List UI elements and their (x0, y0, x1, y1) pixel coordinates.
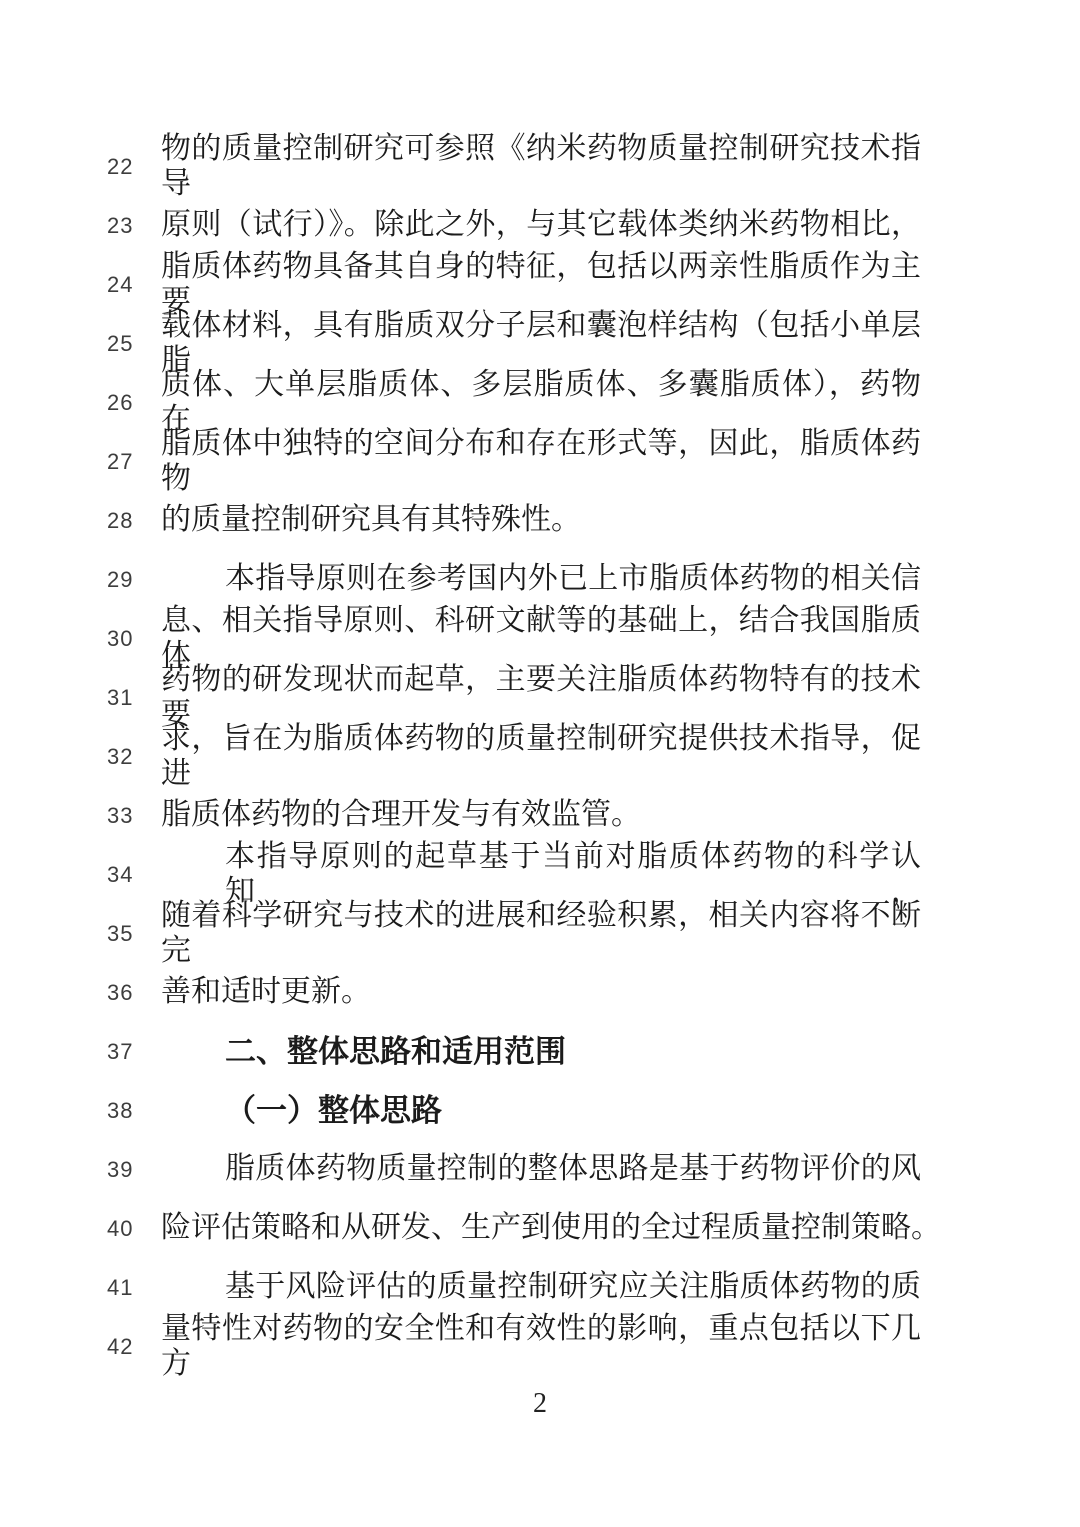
line-text: 基于风险评估的质量控制研究应关注脂质体药物的质 (161, 1270, 921, 1305)
line-number: 25 (0, 331, 161, 357)
document-line: 30 息、相关指导原则、科研文献等的基础上，结合我国脂质体 (0, 609, 1080, 668)
document-line: 29 本指导原则在参考国内外已上市脂质体药物的相关信 (0, 550, 1080, 609)
line-number: 37 (0, 1039, 161, 1065)
line-number: 36 (0, 980, 161, 1006)
line-number: 42 (0, 1334, 161, 1360)
line-text: 原则（试行）》。除此之外，与其它载体类纳米药物相比， (161, 208, 921, 243)
document-line: 37 二、整体思路和适用范围 (0, 1022, 1080, 1081)
line-text: 善和适时更新。 (161, 975, 921, 1010)
line-number: 30 (0, 626, 161, 652)
line-text: 险评估策略和从研发、生产到使用的全过程质量控制策略。 (161, 1211, 921, 1246)
line-text: 随着科学研究与技术的进展和经验积累，相关内容将不断完 (161, 899, 921, 968)
line-text: 脂质体中独特的空间分布和存在形式等，因此，脂质体药物 (161, 427, 921, 496)
document-body: 22 物的质量控制研究可参照《纳米药物质量控制研究技术指导 23 原则（试行）》… (0, 137, 1080, 1376)
document-line: 26 质体、大单层脂质体、多层脂质体、多囊脂质体），药物在 (0, 373, 1080, 432)
document-line: 27 脂质体中独特的空间分布和存在形式等，因此，脂质体药物 (0, 432, 1080, 491)
line-number: 23 (0, 213, 161, 239)
document-line: 25 载体材料，具有脂质双分子层和囊泡样结构（包括小单层脂 (0, 314, 1080, 373)
line-text: 本指导原则在参考国内外已上市脂质体药物的相关信 (161, 562, 921, 597)
document-line: 38 （一）整体思路 (0, 1081, 1080, 1140)
line-text: 的质量控制研究具有其特殊性。 (161, 503, 921, 538)
document-line: 28 的质量控制研究具有其特殊性。 (0, 491, 1080, 550)
section-heading: 二、整体思路和适用范围 (161, 1034, 921, 1070)
subsection-heading: （一）整体思路 (161, 1093, 921, 1129)
document-line: 42 量特性对药物的安全性和有效性的影响，重点包括以下几方 (0, 1317, 1080, 1376)
line-number: 34 (0, 862, 161, 888)
document-line: 39 脂质体药物质量控制的整体思路是基于药物评价的风 (0, 1140, 1080, 1199)
line-text: 量特性对药物的安全性和有效性的影响，重点包括以下几方 (161, 1312, 921, 1381)
document-line: 23 原则（试行）》。除此之外，与其它载体类纳米药物相比， (0, 196, 1080, 255)
document-line: 41 基于风险评估的质量控制研究应关注脂质体药物的质 (0, 1258, 1080, 1317)
line-number: 38 (0, 1098, 161, 1124)
page-number: 2 (0, 1388, 1080, 1420)
line-number: 26 (0, 390, 161, 416)
document-line: 34 本指导原则的起草基于当前对脂质体药物的科学认知， (0, 845, 1080, 904)
document-line: 35 随着科学研究与技术的进展和经验积累，相关内容将不断完 (0, 904, 1080, 963)
line-number: 32 (0, 744, 161, 770)
line-number: 33 (0, 803, 161, 829)
line-text: 脂质体药物的合理开发与有效监管。 (161, 798, 921, 833)
line-text: 物的质量控制研究可参照《纳米药物质量控制研究技术指导 (161, 132, 921, 201)
document-line: 22 物的质量控制研究可参照《纳米药物质量控制研究技术指导 (0, 137, 1080, 196)
document-line: 40 险评估策略和从研发、生产到使用的全过程质量控制策略。 (0, 1199, 1080, 1258)
line-number: 27 (0, 449, 161, 475)
line-number: 31 (0, 685, 161, 711)
line-number: 29 (0, 567, 161, 593)
line-number: 22 (0, 154, 161, 180)
line-number: 39 (0, 1157, 161, 1183)
line-text: 脂质体药物质量控制的整体思路是基于药物评价的风 (161, 1152, 921, 1187)
line-number: 35 (0, 921, 161, 947)
line-number: 40 (0, 1216, 161, 1242)
document-line: 33 脂质体药物的合理开发与有效监管。 (0, 786, 1080, 845)
document-line: 36 善和适时更新。 (0, 963, 1080, 1022)
document-line: 24 脂质体药物具备其自身的特征，包括以两亲性脂质作为主要 (0, 255, 1080, 314)
document-line: 32 求，旨在为脂质体药物的质量控制研究提供技术指导，促进 (0, 727, 1080, 786)
line-number: 24 (0, 272, 161, 298)
document-line: 31 药物的研发现状而起草，主要关注脂质体药物特有的技术要 (0, 668, 1080, 727)
line-number: 28 (0, 508, 161, 534)
line-number: 41 (0, 1275, 161, 1301)
line-text: 求，旨在为脂质体药物的质量控制研究提供技术指导，促进 (161, 722, 921, 791)
